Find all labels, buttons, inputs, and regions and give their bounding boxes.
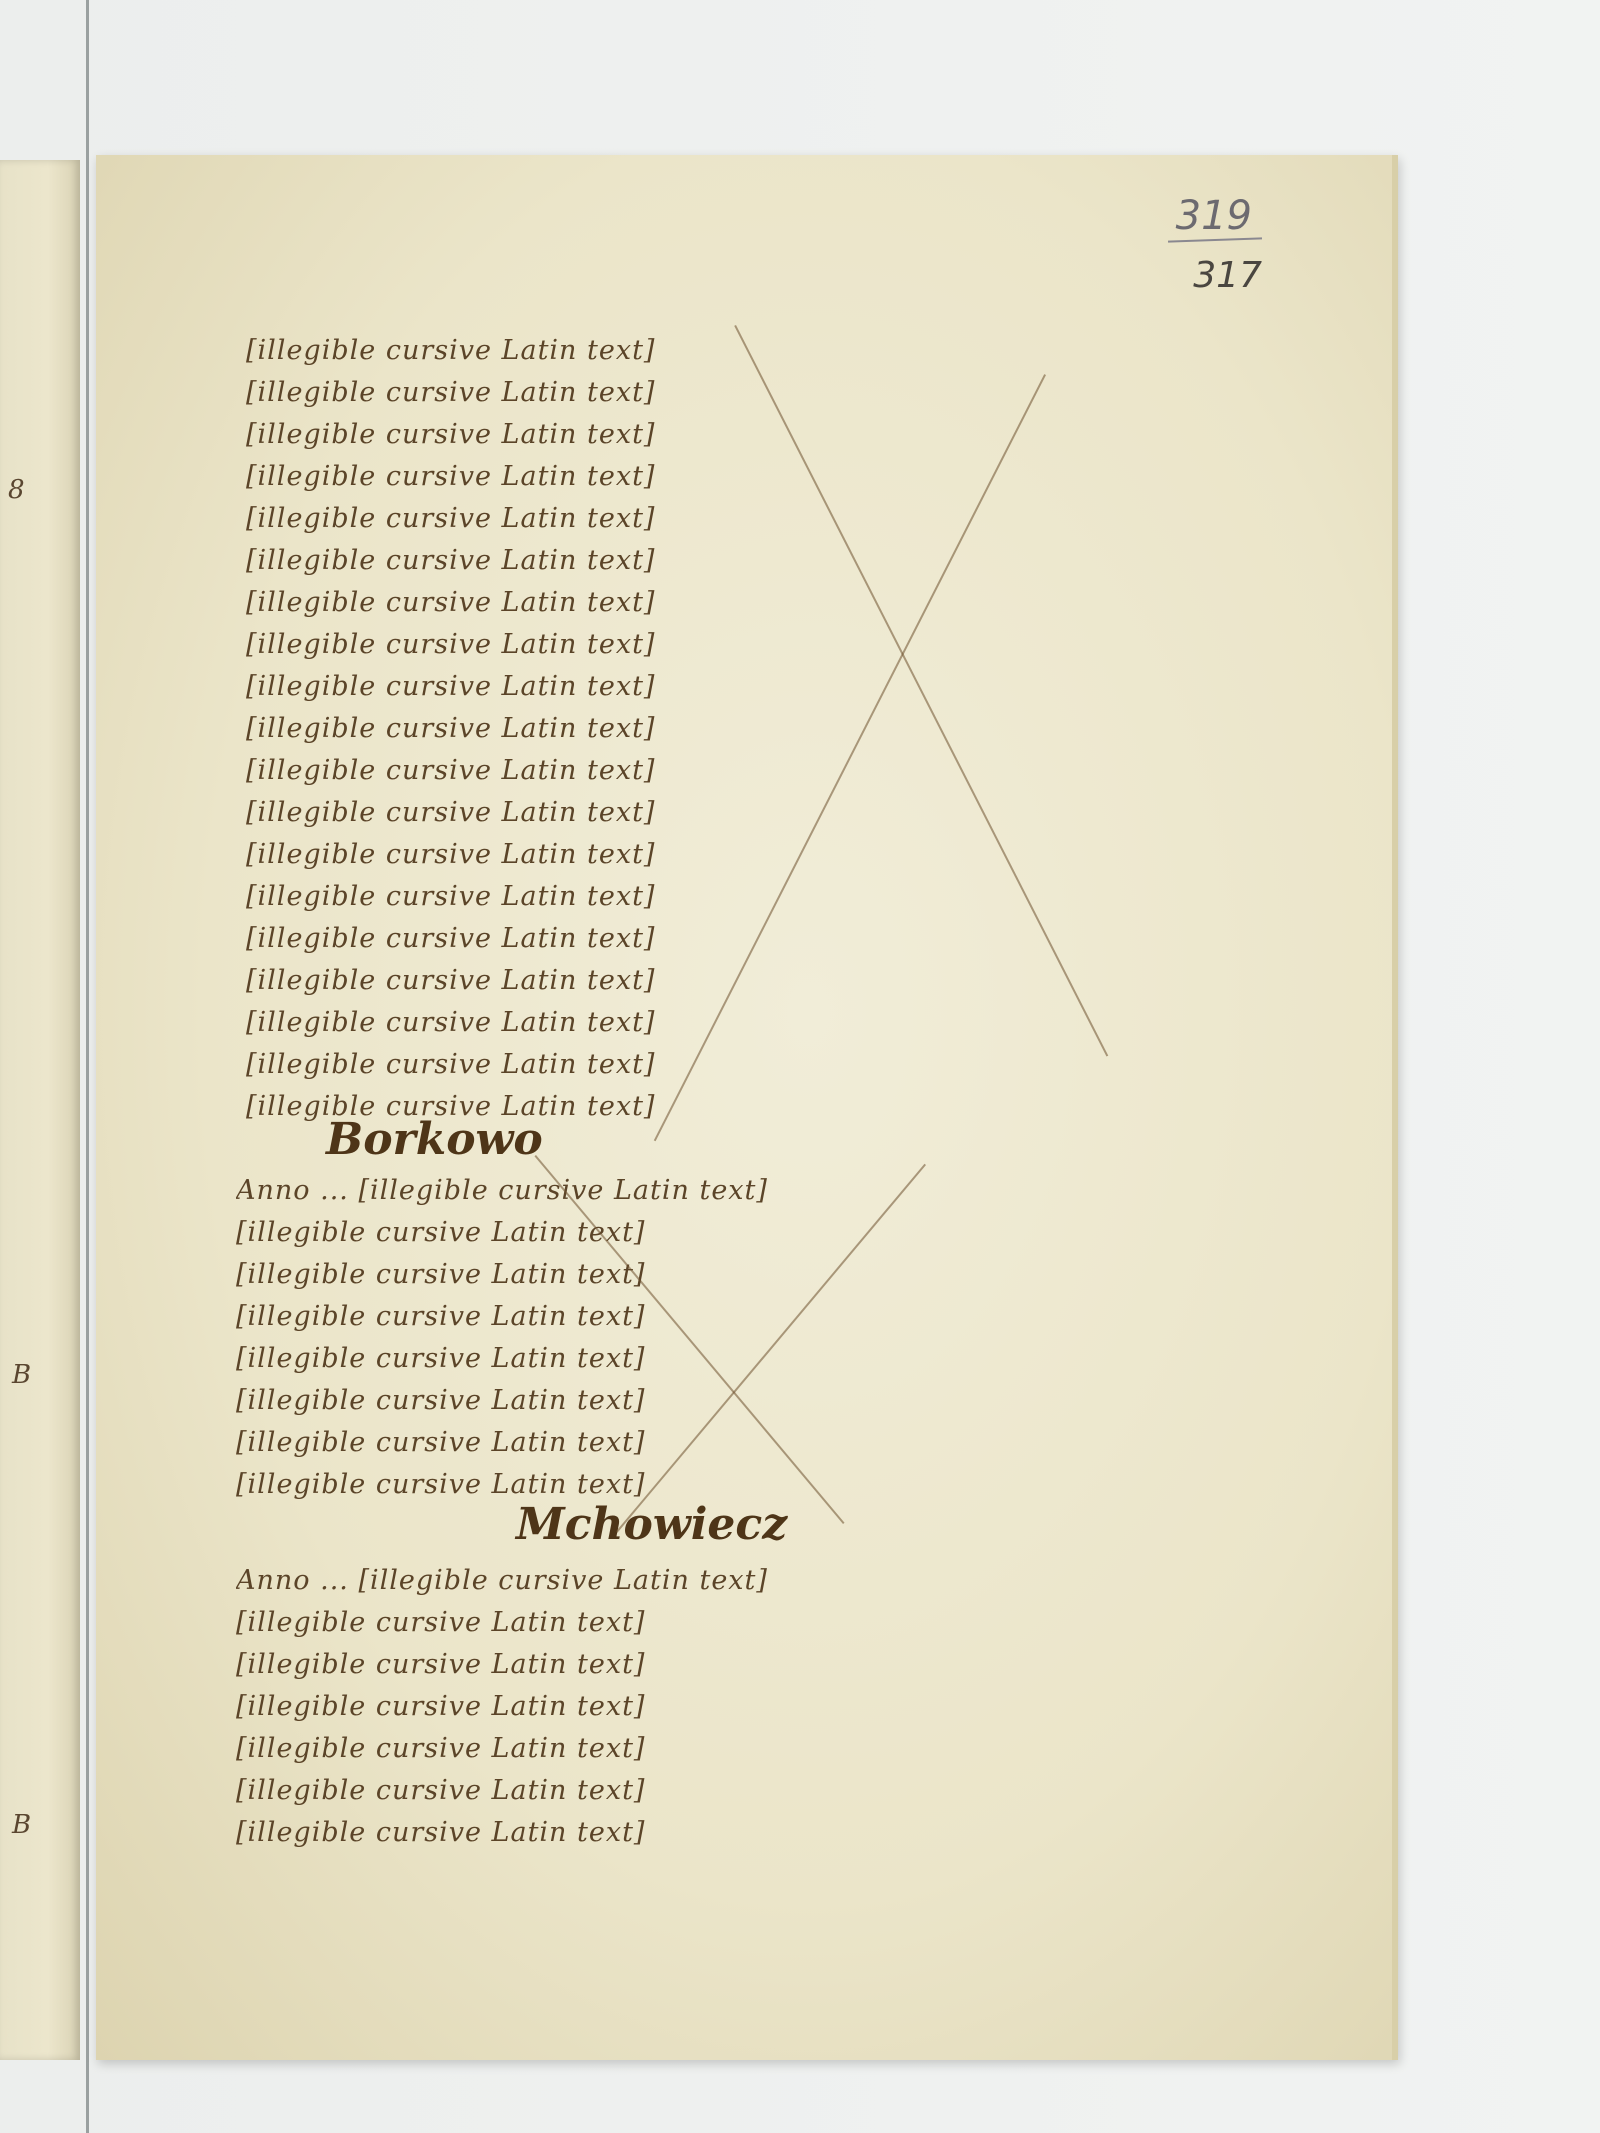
- entry-borkowo: Borkowo: [326, 1105, 1272, 1175]
- text-line: [illegible cursive Latin text]: [246, 461, 1272, 503]
- text-line: [illegible cursive Latin text]: [246, 1049, 1272, 1091]
- text-line: [illegible cursive Latin text]: [246, 629, 1272, 671]
- entry-1: [illegible cursive Latin text] [illegibl…: [246, 335, 1272, 1133]
- text-line: [illegible cursive Latin text]: [236, 1259, 1272, 1301]
- text-line: [illegible cursive Latin text]: [246, 671, 1272, 713]
- left-page-mark: B: [12, 1810, 31, 1840]
- entry-mchowiecz: Mchowiecz: [516, 1490, 1272, 1560]
- text-line: Anno ... [illegible cursive Latin text]: [236, 1565, 1272, 1607]
- left-page-mark: B: [12, 1360, 31, 1390]
- text-line: [illegible cursive Latin text]: [246, 419, 1272, 461]
- text-line: [illegible cursive Latin text]: [236, 1217, 1272, 1259]
- text-line: [illegible cursive Latin text]: [246, 839, 1272, 881]
- text-line: [illegible cursive Latin text]: [246, 1007, 1272, 1049]
- folio-number-secondary: 317: [1193, 255, 1262, 296]
- text-line: [illegible cursive Latin text]: [246, 503, 1272, 545]
- text-line: [illegible cursive Latin text]: [246, 797, 1272, 839]
- text-line: [illegible cursive Latin text]: [246, 587, 1272, 629]
- left-page-edge: 8 B B: [0, 160, 80, 2060]
- manuscript-page: 319 317 [illegible cursive Latin text] […: [96, 155, 1398, 2060]
- text-line: Anno ... [illegible cursive Latin text]: [236, 1175, 1272, 1217]
- left-page-mark: 8: [8, 475, 25, 505]
- entry-borkowo-body: Anno ... [illegible cursive Latin text] …: [236, 1175, 1272, 1511]
- text-line: [illegible cursive Latin text]: [236, 1607, 1272, 1649]
- text-line: [illegible cursive Latin text]: [236, 1385, 1272, 1427]
- folio-number-primary: 319: [1176, 193, 1252, 239]
- text-line: [illegible cursive Latin text]: [236, 1343, 1272, 1385]
- text-line: [illegible cursive Latin text]: [236, 1733, 1272, 1775]
- entry-heading: Mchowiecz: [516, 1490, 1272, 1560]
- text-line: [illegible cursive Latin text]: [246, 755, 1272, 797]
- text-line: [illegible cursive Latin text]: [246, 881, 1272, 923]
- text-line: [illegible cursive Latin text]: [246, 713, 1272, 755]
- text-line: [illegible cursive Latin text]: [246, 545, 1272, 587]
- text-line: [illegible cursive Latin text]: [236, 1691, 1272, 1733]
- entry-mchowiecz-body: Anno ... [illegible cursive Latin text] …: [236, 1565, 1272, 1859]
- scan-edge-line: [86, 0, 89, 2133]
- text-line: [illegible cursive Latin text]: [236, 1817, 1272, 1859]
- text-line: [illegible cursive Latin text]: [236, 1301, 1272, 1343]
- text-line: [illegible cursive Latin text]: [236, 1427, 1272, 1469]
- text-line: [illegible cursive Latin text]: [246, 923, 1272, 965]
- text-line: [illegible cursive Latin text]: [246, 377, 1272, 419]
- text-line: [illegible cursive Latin text]: [246, 965, 1272, 1007]
- entry-heading: Borkowo: [326, 1105, 1272, 1175]
- text-line: [illegible cursive Latin text]: [236, 1649, 1272, 1691]
- text-line: [illegible cursive Latin text]: [236, 1775, 1272, 1817]
